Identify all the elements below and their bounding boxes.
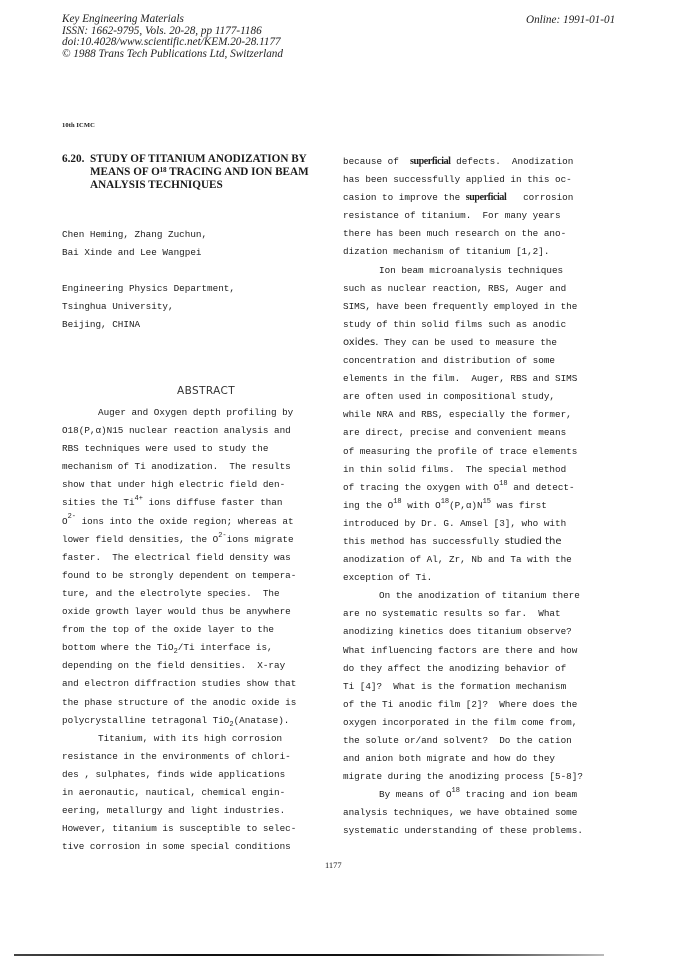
left-column-text: Auger and Oxygen depth profiling by O18(…: [62, 404, 296, 856]
title-line: MEANS OF O¹⁸ TRACING AND ION BEAM: [90, 166, 332, 179]
title-line: STUDY OF TITANIUM ANODIZATION BY: [90, 153, 332, 166]
text-line: mechanism of Ti anodization. The results: [62, 458, 296, 476]
text-line: anodizing kinetics does titanium observe…: [343, 623, 583, 641]
text-line: sities the Ti4+ ions diffuse faster than: [62, 494, 296, 512]
text-line: On the anodization of titanium there: [343, 587, 583, 605]
text-line: from the top of the oxide layer to the: [62, 621, 296, 639]
bottom-rule: [14, 954, 604, 956]
text-line: in thin solid films. The special method: [343, 461, 583, 479]
text-line: oxides. They can be used to measure the: [343, 334, 583, 352]
online-date: Online: 1991-01-01: [526, 14, 615, 26]
text-line: By means of O18 tracing and ion beam: [343, 786, 583, 804]
text-line: are often used in compositional study,: [343, 388, 583, 406]
text-line: tive corrosion in some special condition…: [62, 838, 296, 856]
text-line: O18(P,α)N15 nuclear reaction analysis an…: [62, 422, 296, 440]
text-line: the solute or/and solvent? Do the cation: [343, 732, 583, 750]
text-line: elements in the film. Auger, RBS and SIM…: [343, 370, 583, 388]
doi-link[interactable]: doi:10.4028/www.scientific.net/KEM.20-28…: [62, 37, 283, 49]
text-line: exception of Ti.: [343, 569, 583, 587]
author-line: Bai Xinde and Lee Wangpei: [62, 244, 207, 262]
text-line: do they affect the anodizing behavior of: [343, 660, 583, 678]
copyright-line: © 1988 Trans Tech Publications Ltd, Swit…: [62, 49, 283, 61]
text-line: Auger and Oxygen depth profiling by: [62, 404, 296, 422]
text-line: resistance of titanium. For many years: [343, 207, 583, 225]
text-line: oxygen incorporated in the film come fro…: [343, 714, 583, 732]
text-line: of the Ti anodic film [2]? Where does th…: [343, 696, 583, 714]
text-line: of measuring the profile of trace elemen…: [343, 443, 583, 461]
right-column-text: because of superficial defects. Anodizat…: [343, 153, 583, 841]
text-line: found to be strongly dependent on temper…: [62, 567, 296, 585]
text-line: because of superficial defects. Anodizat…: [343, 153, 583, 171]
text-line: and anion both migrate and how do they: [343, 750, 583, 768]
section-number: 6.20.: [62, 153, 84, 166]
text-line: has been successfully applied in this oc…: [343, 171, 583, 189]
text-line: study of thin solid films such as anodic: [343, 316, 583, 334]
text-line: O2- ions into the oxide region; whereas …: [62, 513, 296, 531]
paper-title: 6.20. STUDY OF TITANIUM ANODIZATION BY M…: [62, 153, 332, 191]
text-line: are no systematic results so far. What: [343, 605, 583, 623]
text-line: However, titanium is susceptible to sele…: [62, 820, 296, 838]
text-line: depending on the field densities. X-ray: [62, 657, 296, 675]
text-line: there has been much research on the ano-: [343, 225, 583, 243]
affiliation-line: Beijing, CHINA: [62, 316, 235, 334]
affiliation: Engineering Physics Department, Tsinghua…: [62, 280, 235, 334]
text-line: are direct, precise and convenient means: [343, 424, 583, 442]
text-line: casion to improve the superficial corros…: [343, 189, 583, 207]
text-line: lower field densities, the O2-ions migra…: [62, 531, 296, 549]
text-line: des , sulphates, finds wide applications: [62, 766, 296, 784]
text-line: resistance in the environments of chlori…: [62, 748, 296, 766]
text-line: this method has successfully studied the: [343, 533, 583, 551]
journal-header: Key Engineering Materials ISSN: 1662-979…: [62, 14, 283, 60]
conference-label: 10th ICMC: [62, 122, 95, 129]
page-number: 1177: [325, 860, 342, 870]
text-line: the phase structure of the anodic oxide …: [62, 694, 296, 712]
journal-name: Key Engineering Materials: [62, 14, 283, 26]
text-line: polycrystalline tetragonal TiO2(Anatase)…: [62, 712, 296, 730]
text-line: introduced by Dr. G. Amsel [3], who with: [343, 515, 583, 533]
text-line: eering, metallurgy and light industries.: [62, 802, 296, 820]
text-line: while NRA and RBS, especially the former…: [343, 406, 583, 424]
text-line: SIMS, have been frequently employed in t…: [343, 298, 583, 316]
text-line: ture, and the electrolyte species. The: [62, 585, 296, 603]
abstract-heading: ABSTRACT: [177, 385, 235, 397]
text-line: What influencing factors are there and h…: [343, 642, 583, 660]
text-line: dization mechanism of titanium [1,2].: [343, 243, 583, 261]
text-line: systematic understanding of these proble…: [343, 822, 583, 840]
text-line: show that under high electric field den-: [62, 476, 296, 494]
text-line: bottom where the TiO2/Ti interface is,: [62, 639, 296, 657]
text-line: of tracing the oxygen with O18 and detec…: [343, 479, 583, 497]
text-line: Ti [4]? What is the formation mechanism: [343, 678, 583, 696]
text-line: ing the O18 with O18(P,α)N15 was first: [343, 497, 583, 515]
text-line: migrate during the anodizing process [5-…: [343, 768, 583, 786]
text-line: concentration and distribution of some: [343, 352, 583, 370]
text-line: Ion beam microanalysis techniques: [343, 262, 583, 280]
text-line: analysis techniques, we have obtained so…: [343, 804, 583, 822]
text-line: such as nuclear reaction, RBS, Auger and: [343, 280, 583, 298]
text-line: Titanium, with its high corrosion: [62, 730, 296, 748]
text-line: anodization of Al, Zr, Nb and Ta with th…: [343, 551, 583, 569]
authors: Chen Heming, Zhang Zuchun, Bai Xinde and…: [62, 226, 207, 262]
text-line: and electron diffraction studies show th…: [62, 675, 296, 693]
author-line: Chen Heming, Zhang Zuchun,: [62, 226, 207, 244]
text-line: oxide growth layer would thus be anywher…: [62, 603, 296, 621]
affiliation-line: Tsinghua University,: [62, 298, 235, 316]
text-line: in aeronautic, nautical, chemical engin-: [62, 784, 296, 802]
title-line: ANALYSIS TECHNIQUES: [90, 179, 332, 192]
text-line: RBS techniques were used to study the: [62, 440, 296, 458]
text-line: faster. The electrical field density was: [62, 549, 296, 567]
affiliation-line: Engineering Physics Department,: [62, 280, 235, 298]
